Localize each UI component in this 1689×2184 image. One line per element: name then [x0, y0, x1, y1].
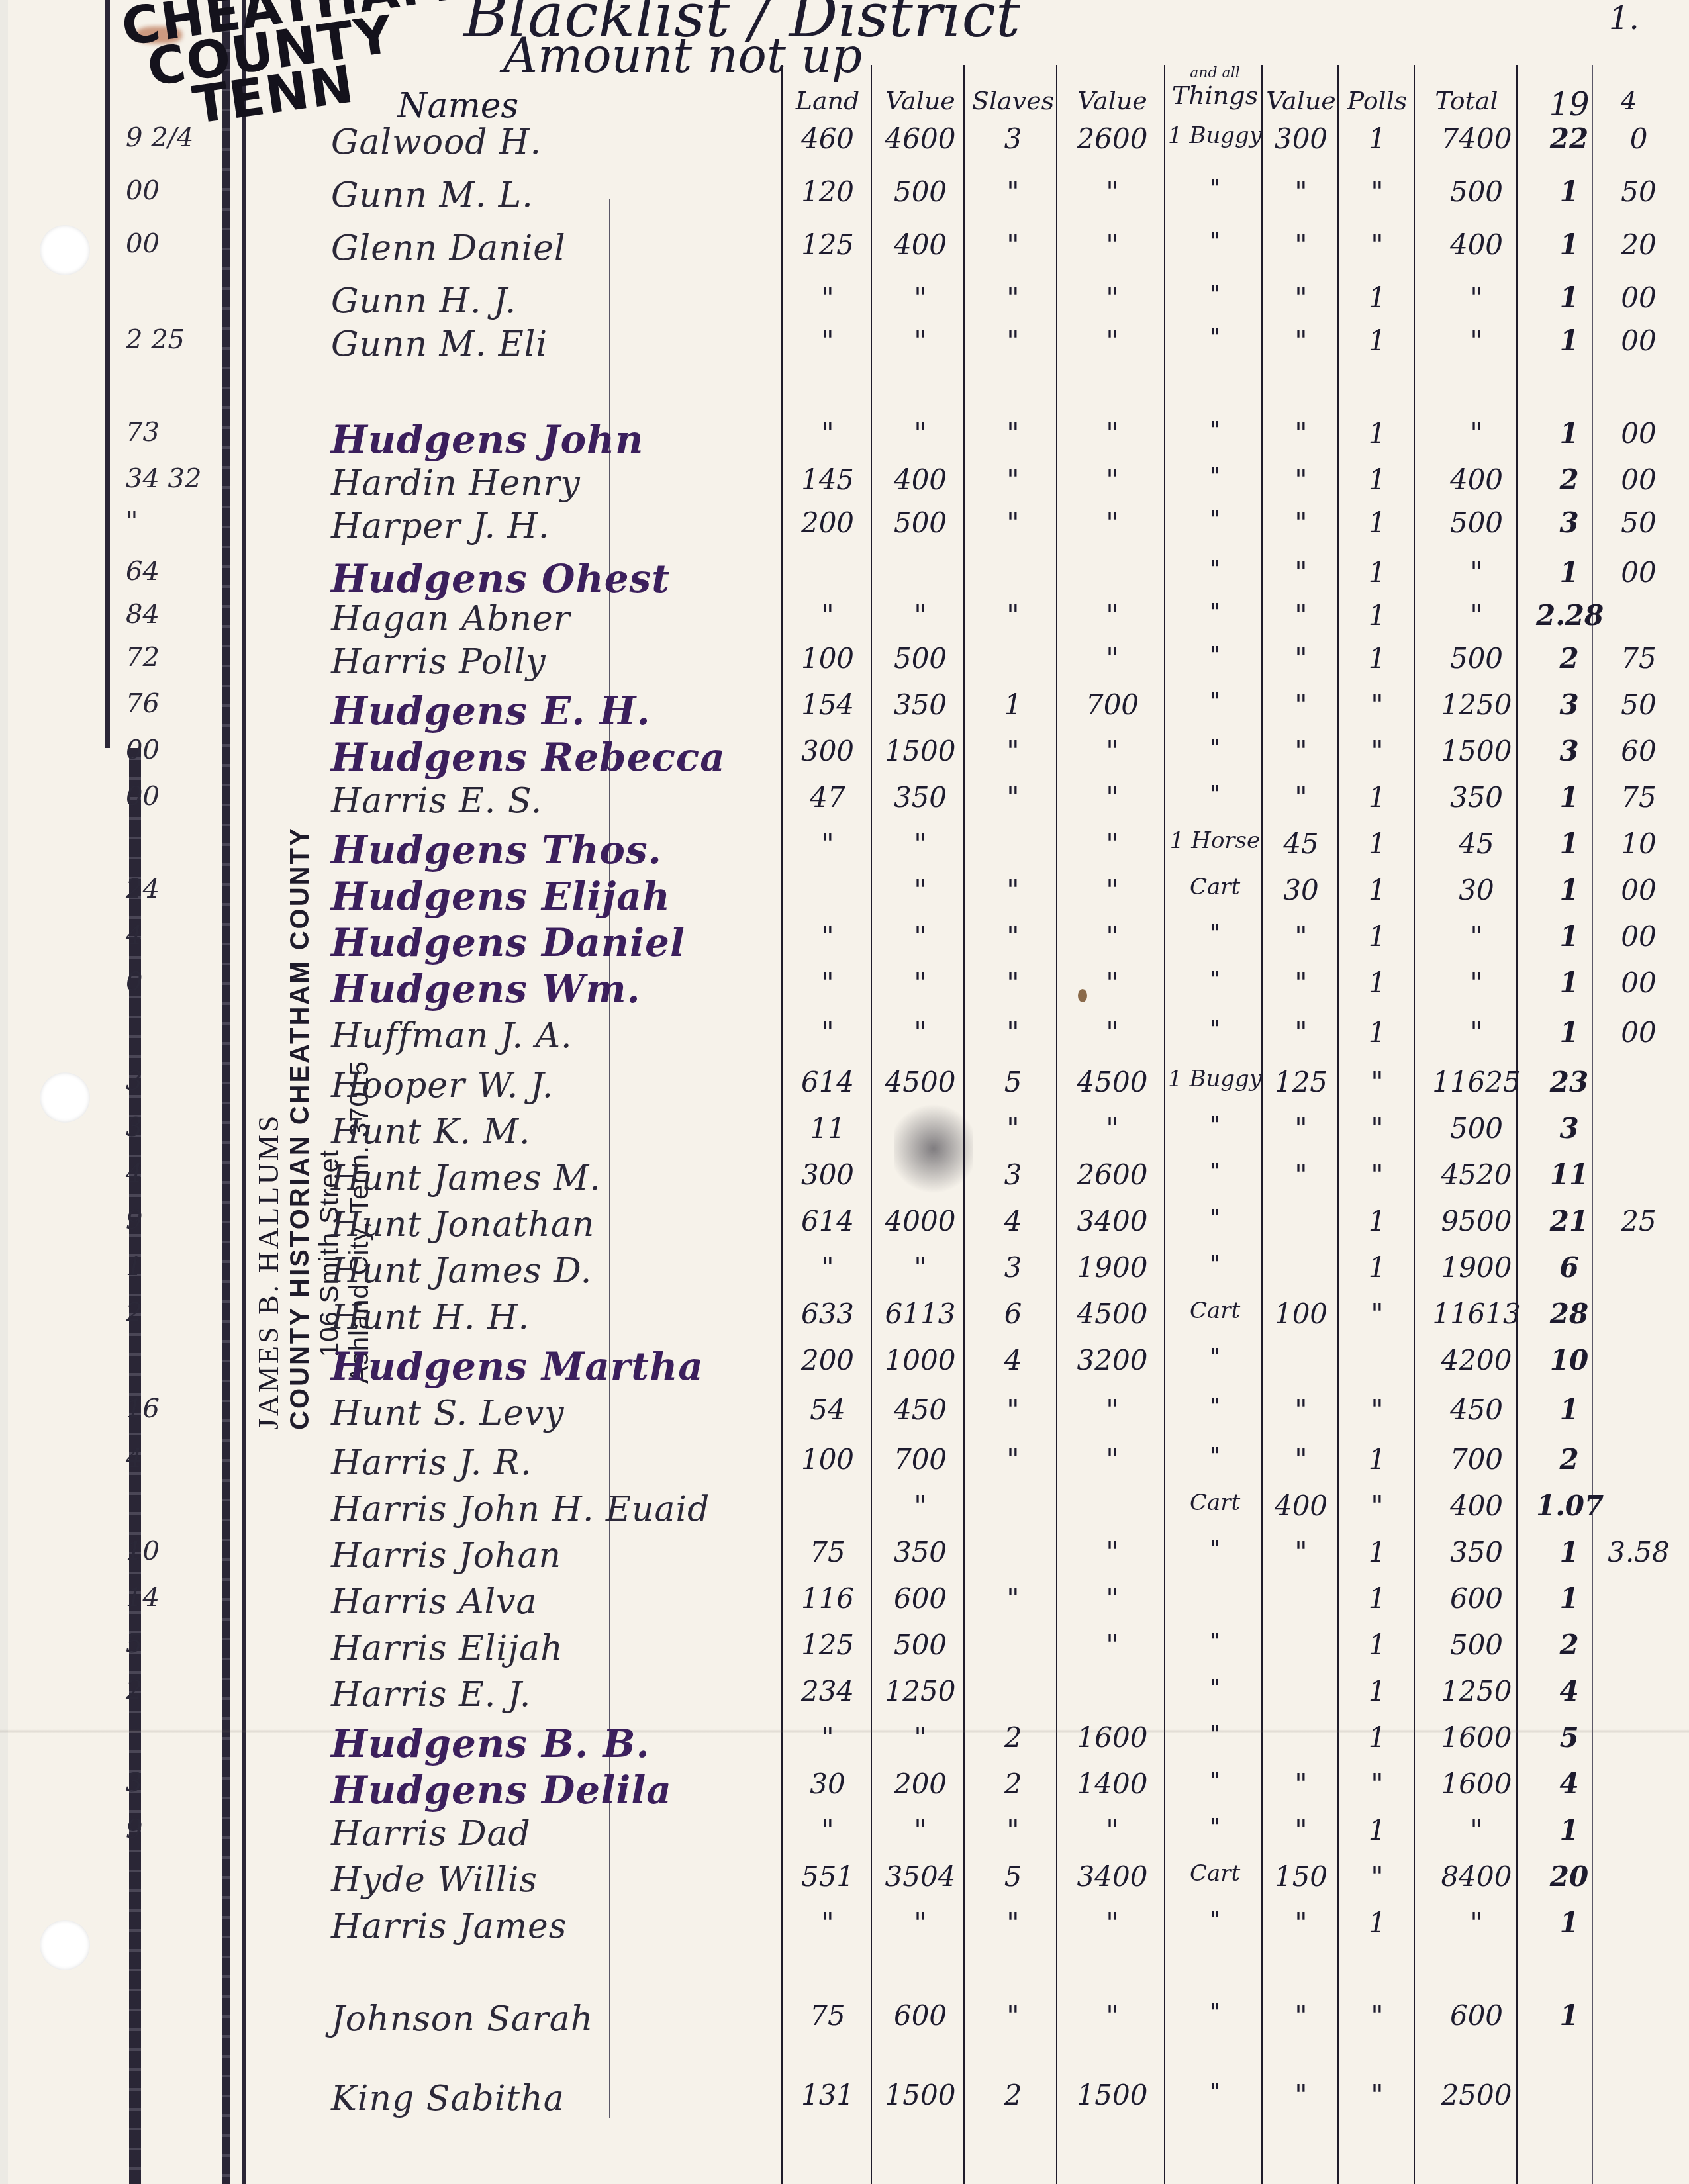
cell-land: ": [781, 1721, 874, 1754]
taxpayer-name: Glenn Daniel: [331, 228, 566, 268]
cell-extra: 60: [1602, 735, 1675, 767]
cell-land: 100: [781, 642, 874, 675]
table-row: 73 Hudgens John " " " " " " 1 " 1 00: [0, 417, 1689, 457]
column-header-extra: 4: [1602, 86, 1655, 115]
cell-slave-value: 3200: [1059, 1344, 1165, 1376]
cell-tax: 28: [1536, 1298, 1602, 1330]
cell-tax: 1: [1536, 1814, 1602, 1846]
cell-slaves: ": [967, 735, 1059, 767]
cell-polls: 1: [1337, 417, 1417, 450]
margin-note: 2: [126, 1298, 142, 1328]
cell-polls: 1: [1337, 1629, 1417, 1661]
cell-land: 75: [781, 1999, 874, 2032]
cell-slave-value: ": [1059, 324, 1165, 357]
table-row: 0 Hudgens Wm. " " " " " " 1 " 1 00: [0, 967, 1689, 1006]
cell-land: 300: [781, 735, 874, 767]
cell-slave-value: 3400: [1059, 1205, 1165, 1237]
cell-slaves: 3: [967, 1159, 1059, 1191]
cell-value: ": [874, 281, 967, 314]
cell-total: 600: [1417, 1582, 1536, 1615]
table-row: 00 Gunn M. L. 120 500 " " " " " 500 1 50: [0, 175, 1689, 215]
cell-value: 350: [874, 781, 967, 814]
table-row: 64 Hudgens Ohest " " 1 " 1 00: [0, 556, 1689, 596]
cell-land: 460: [781, 122, 874, 155]
cell-slave-value: 1900: [1059, 1251, 1165, 1284]
cell-total: 1600: [1417, 1768, 1536, 1800]
cell-polls: 1: [1337, 1907, 1417, 1939]
cell-value: 600: [874, 1582, 967, 1615]
cell-slave-value: ": [1059, 1629, 1165, 1661]
cell-extra: 00: [1602, 281, 1675, 314]
cell-horses: ": [1165, 506, 1265, 533]
cell-value: ": [874, 1251, 967, 1284]
cell-horses: 1 Horse: [1165, 828, 1265, 854]
cell-horses: ": [1165, 1344, 1265, 1370]
cell-horses: Cart: [1165, 1860, 1265, 1887]
column-header-names: Names: [397, 86, 518, 126]
table-row: " Harper J. H. 200 500 " " " " 1 500 3 5…: [0, 506, 1689, 546]
cell-horses: ": [1165, 324, 1265, 351]
cell-horse-value: ": [1265, 1814, 1337, 1846]
cell-value: 4600: [874, 122, 967, 155]
cell-horses: ": [1165, 1016, 1265, 1043]
taxpayer-name: Hudgens Martha: [331, 1344, 704, 1389]
cell-total: 350: [1417, 781, 1536, 814]
cell-tax: 1: [1536, 1999, 1602, 2032]
taxpayer-name: Hunt James D.: [331, 1251, 592, 1291]
cell-land: 75: [781, 1536, 874, 1568]
margin-note: 9 2/4: [126, 122, 194, 153]
cell-tax: 1: [1536, 1582, 1602, 1615]
cell-slave-value: ": [1059, 1582, 1165, 1615]
cell-slave-value: ": [1059, 642, 1165, 675]
cell-polls: ": [1337, 1768, 1417, 1800]
cell-value: ": [874, 599, 967, 632]
cell-tax: 20: [1536, 1860, 1602, 1893]
cell-slaves: 2: [967, 2079, 1059, 2111]
cell-total: ": [1417, 1814, 1536, 1846]
cell-horse-value: ": [1265, 417, 1337, 450]
cell-horses: ": [1165, 781, 1265, 808]
cell-slaves: 2: [967, 1768, 1059, 1800]
cell-horse-value: ": [1265, 463, 1337, 496]
column-header-horses-note: and all: [1165, 66, 1265, 81]
cell-polls: 1: [1337, 920, 1417, 953]
cell-extra: 00: [1602, 920, 1675, 953]
cell-total: 4520: [1417, 1159, 1536, 1191]
cell-slaves: ": [967, 1999, 1059, 2032]
cell-polls: ": [1337, 735, 1417, 767]
cell-slaves: ": [967, 1582, 1059, 1615]
cell-total: 11613: [1417, 1298, 1536, 1330]
margin-note: 34 32: [126, 463, 202, 494]
table-row: 2 Hunt H. H. 633 6113 6 4500 Cart 100 " …: [0, 1298, 1689, 1337]
cell-tax: 1: [1536, 417, 1602, 450]
cell-polls: 1: [1337, 874, 1417, 906]
cell-total: 700: [1417, 1443, 1536, 1476]
cell-horses: 1 Buggy: [1165, 122, 1265, 149]
taxpayer-name: Hudgens John: [331, 417, 644, 462]
cell-slaves: ": [967, 281, 1059, 314]
taxpayer-name: Hyde Willis: [331, 1860, 538, 1900]
column-header-horses-label: Things: [1172, 81, 1258, 110]
cell-value: ": [874, 874, 967, 906]
table-row: 76 Hudgens E. H. 154 350 1 700 " " " 125…: [0, 688, 1689, 728]
cell-tax: 22: [1536, 122, 1602, 155]
cell-land: 47: [781, 781, 874, 814]
cell-tax: 3: [1536, 688, 1602, 721]
table-row: Hudgens Martha 200 1000 4 3200 " 4200 10: [0, 1344, 1689, 1384]
cell-total: ": [1417, 1016, 1536, 1049]
cell-tax: 1: [1536, 874, 1602, 906]
margin-note: 73: [126, 417, 160, 448]
taxpayer-name: Hudgens E. H.: [331, 688, 651, 734]
cell-polls: 1: [1337, 967, 1417, 999]
cell-extra: 50: [1602, 506, 1675, 539]
cell-horses: ": [1165, 228, 1265, 255]
cell-land: ": [781, 1907, 874, 1939]
taxpayer-name: Hudgens Ohest: [331, 556, 670, 601]
table-row: 9 Harris Dad " " " " " " 1 " 1: [0, 1814, 1689, 1854]
cell-land: 116: [781, 1582, 874, 1615]
cell-value: ": [874, 1907, 967, 1939]
cell-tax: 21: [1536, 1205, 1602, 1237]
table-row: Gunn H. J. " " " " " " 1 " 1 00: [0, 281, 1689, 321]
cell-value: ": [874, 920, 967, 953]
page-number: 1.: [1609, 0, 1639, 37]
cell-land: ": [781, 1814, 874, 1846]
cell-horses: ": [1165, 1768, 1265, 1794]
margin-note: 3: [126, 1066, 142, 1096]
cell-slave-value: 1400: [1059, 1768, 1165, 1800]
cell-slave-value: ": [1059, 1016, 1165, 1049]
cell-extra: 3.58: [1602, 1536, 1675, 1568]
taxpayer-name: King Sabitha: [331, 2079, 565, 2118]
cell-tax: 11: [1536, 1159, 1602, 1191]
cell-total: ": [1417, 324, 1536, 357]
cell-tax: 2: [1536, 463, 1602, 496]
taxpayer-name: Gunn M. L.: [331, 175, 534, 215]
cell-total: 1500: [1417, 735, 1536, 767]
cell-polls: 1: [1337, 599, 1417, 632]
cell-horse-value: ": [1265, 1112, 1337, 1145]
cell-tax: 10: [1536, 1344, 1602, 1376]
cell-tax: 3: [1536, 506, 1602, 539]
cell-value: 1250: [874, 1675, 967, 1707]
cell-horses: ": [1165, 1629, 1265, 1655]
cell-extra: 00: [1602, 967, 1675, 999]
cell-tax: 1: [1536, 1536, 1602, 1568]
taxpayer-name: Hudgens Rebecca: [331, 735, 726, 780]
cell-land: 120: [781, 175, 874, 208]
taxpayer-name: Hudgens Daniel: [331, 920, 685, 965]
taxpayer-name: Hudgens Delila: [331, 1768, 672, 1813]
cell-tax: 3: [1536, 1112, 1602, 1145]
cell-extra: 00: [1602, 417, 1675, 450]
cell-value: 3504: [874, 1860, 967, 1893]
cell-slaves: ": [967, 781, 1059, 814]
cell-total: 9500: [1417, 1205, 1536, 1237]
table-row: 4 Hudgens Daniel " " " " " " 1 " 1 00: [0, 920, 1689, 960]
cell-total: ": [1417, 920, 1536, 953]
margin-note: 4: [126, 1159, 142, 1189]
table-row: Harris John H. Euaid " Cart 400 " 400 1.…: [0, 1490, 1689, 1529]
cell-total: 7400: [1417, 122, 1536, 155]
table-row: 24 Hudgens Elijah " " " Cart 30 1 30 1 0…: [0, 874, 1689, 914]
margin-note: 00: [126, 781, 160, 812]
margin-note: 64: [126, 556, 160, 587]
margin-note: 14: [126, 1582, 160, 1613]
cell-horse-value: ": [1265, 781, 1337, 814]
cell-land: ": [781, 417, 874, 450]
cell-extra: 10: [1602, 828, 1675, 860]
table-row: 3 Hunt K. M. 11 " " " " " 500 3: [0, 1112, 1689, 1152]
cell-slave-value: 2600: [1059, 1159, 1165, 1191]
cell-tax: 1.07: [1536, 1490, 1602, 1522]
cell-slaves: 3: [967, 122, 1059, 155]
taxpayer-name: Hooper W. J.: [331, 1066, 554, 1106]
cell-horse-value: ": [1265, 324, 1337, 357]
table-row: 3 Hooper W. J. 614 4500 5 4500 1 Buggy 1…: [0, 1066, 1689, 1106]
taxpayer-name: Harris John H. Euaid: [331, 1490, 710, 1529]
cell-value: ": [874, 417, 967, 450]
taxpayer-name: Hagan Abner: [331, 599, 571, 639]
cell-horses: ": [1165, 556, 1265, 583]
cell-horse-value: ": [1265, 506, 1337, 539]
cell-total: 350: [1417, 1536, 1536, 1568]
margin-note: 3: [126, 1768, 142, 1798]
cell-tax: 23: [1536, 1066, 1602, 1098]
cell-total: 500: [1417, 506, 1536, 539]
cell-slave-value: ": [1059, 1443, 1165, 1476]
cell-slave-value: ": [1059, 1112, 1165, 1145]
cell-tax: 1: [1536, 281, 1602, 314]
cell-value: 450: [874, 1394, 967, 1426]
cell-slaves: 4: [967, 1344, 1059, 1376]
cell-slave-value: ": [1059, 920, 1165, 953]
cell-value: 600: [874, 1999, 967, 2032]
cell-horses: ": [1165, 1159, 1265, 1185]
taxpayer-name: Harris Elijah: [331, 1629, 563, 1668]
cell-slaves: ": [967, 1112, 1059, 1145]
cell-slaves: ": [967, 599, 1059, 632]
cell-total: 2500: [1417, 2079, 1536, 2111]
cell-extra: 50: [1602, 688, 1675, 721]
cell-horse-value: ": [1265, 1443, 1337, 1476]
column-header-tax: 19: [1543, 86, 1596, 123]
cell-total: ": [1417, 556, 1536, 589]
table-row: 4 Harris J. R. 100 700 " " " " 1 700 2: [0, 1443, 1689, 1483]
cell-polls: ": [1337, 1112, 1417, 1145]
cell-value: 500: [874, 506, 967, 539]
cell-slaves: ": [967, 175, 1059, 208]
cell-polls: 1: [1337, 828, 1417, 860]
margin-note: ": [126, 506, 138, 537]
cell-land: 100: [781, 1443, 874, 1476]
cell-total: 500: [1417, 1629, 1536, 1661]
cell-total: ": [1417, 1907, 1536, 1939]
cell-value: 700: [874, 1443, 967, 1476]
cell-extra: 00: [1602, 874, 1675, 906]
taxpayer-name: Harris Johan: [331, 1536, 561, 1576]
cell-horse-value: ": [1265, 281, 1337, 314]
cell-slave-value: 4500: [1059, 1298, 1165, 1330]
cell-horses: ": [1165, 735, 1265, 761]
taxpayer-name: Hudgens B. B.: [331, 1721, 650, 1766]
margin-note: 84: [126, 599, 160, 630]
cell-polls: 1: [1337, 1536, 1417, 1568]
cell-land: ": [781, 599, 874, 632]
cell-polls: ": [1337, 1298, 1417, 1330]
cell-horses: ": [1165, 599, 1265, 626]
cell-total: 8400: [1417, 1860, 1536, 1893]
cell-tax: 1: [1536, 828, 1602, 860]
cell-horse-value: ": [1265, 1536, 1337, 1568]
cell-value: 6113: [874, 1298, 967, 1330]
taxpayer-name: Hudgens Thos.: [331, 828, 662, 873]
cell-horse-value: ": [1265, 735, 1337, 767]
cell-value: 500: [874, 642, 967, 675]
cell-polls: 1: [1337, 281, 1417, 314]
cell-extra: 50: [1602, 175, 1675, 208]
cell-tax: 1: [1536, 1907, 1602, 1939]
cell-polls: 1: [1337, 1582, 1417, 1615]
cell-total: ": [1417, 599, 1536, 632]
cell-horses: Cart: [1165, 1298, 1265, 1324]
cell-slave-value: 3400: [1059, 1860, 1165, 1893]
taxpayer-name: Harris Alva: [331, 1582, 537, 1622]
margin-note: 2 25: [126, 324, 185, 355]
cell-slave-value: ": [1059, 1999, 1165, 2032]
cell-total: 500: [1417, 175, 1536, 208]
taxpayer-name: Harris J. R.: [331, 1443, 532, 1483]
table-row: 10 Harris Johan 75 350 " " " 1 350 1 3.5…: [0, 1536, 1689, 1576]
margin-note: 5: [126, 1629, 142, 1659]
cell-horse-value: ": [1265, 688, 1337, 721]
cell-land: ": [781, 281, 874, 314]
cell-horses: ": [1165, 1394, 1265, 1420]
margin-note: 24: [126, 874, 160, 904]
column-header-value: Value: [874, 86, 967, 115]
margin-note: 4: [126, 1443, 142, 1474]
cell-horse-value: 45: [1265, 828, 1337, 860]
table-row: 1 Hunt James D. " " 3 1900 " 1 1900 6: [0, 1251, 1689, 1291]
cell-slave-value: ": [1059, 281, 1165, 314]
cell-horse-value: 150: [1265, 1860, 1337, 1893]
cell-polls: ": [1337, 2079, 1417, 2111]
cell-slaves: ": [967, 1907, 1059, 1939]
cell-horses: 1 Buggy: [1165, 1066, 1265, 1092]
cell-land: 125: [781, 228, 874, 261]
cell-slaves: ": [967, 1443, 1059, 1476]
cell-value: 1000: [874, 1344, 967, 1376]
cell-horses: ": [1165, 688, 1265, 715]
cell-polls: ": [1337, 228, 1417, 261]
cell-horse-value: ": [1265, 1768, 1337, 1800]
cell-horses: ": [1165, 175, 1265, 202]
cell-polls: ": [1337, 1999, 1417, 2032]
table-row: 16 Hunt S. Levy 54 450 " " " " " 450 1: [0, 1394, 1689, 1433]
table-row: 5 Harris Elijah 125 500 " " 1 500 2: [0, 1629, 1689, 1668]
cell-slave-value: ": [1059, 781, 1165, 814]
cell-polls: 1: [1337, 1814, 1417, 1846]
cell-land: 551: [781, 1860, 874, 1893]
cell-land: ": [781, 324, 874, 357]
cell-horse-value: ": [1265, 1907, 1337, 1939]
cell-value: ": [874, 1721, 967, 1754]
cell-land: 614: [781, 1066, 874, 1098]
cell-horse-value: 125: [1265, 1066, 1337, 1098]
cell-extra: 75: [1602, 781, 1675, 814]
cell-extra: 00: [1602, 324, 1675, 357]
column-header-horses: and all Things: [1165, 66, 1265, 110]
taxpayer-name: Harris Polly: [331, 642, 546, 682]
table-row: 14 Harris Alva 116 600 " " 1 600 1: [0, 1582, 1689, 1622]
cell-total: 45: [1417, 828, 1536, 860]
column-header-slave-value: Value: [1059, 86, 1165, 115]
margin-note: 0: [126, 967, 142, 997]
cell-land: 131: [781, 2079, 874, 2111]
cell-horses: ": [1165, 1205, 1265, 1231]
cell-slaves: ": [967, 1394, 1059, 1426]
cell-slave-value: ": [1059, 506, 1165, 539]
cell-slave-value: ": [1059, 1536, 1165, 1568]
cell-horse-value: ": [1265, 556, 1337, 589]
table-row: 00 Harris E. S. 47 350 " " " " 1 350 1 7…: [0, 781, 1689, 821]
cell-total: 4200: [1417, 1344, 1536, 1376]
cell-slave-value: ": [1059, 599, 1165, 632]
taxpayer-name: Galwood H.: [331, 122, 542, 162]
cell-polls: ": [1337, 1860, 1417, 1893]
cell-horse-value: 300: [1265, 122, 1337, 155]
cell-polls: ": [1337, 688, 1417, 721]
cell-slave-value: ": [1059, 828, 1165, 860]
margin-note: 2: [126, 1675, 142, 1705]
cell-polls: 1: [1337, 122, 1417, 155]
cell-horse-value: ": [1265, 1999, 1337, 2032]
cell-horses: ": [1165, 1721, 1265, 1748]
table-row: 72 Harris Polly 100 500 " " " 1 500 2 75: [0, 642, 1689, 682]
cell-polls: 1: [1337, 506, 1417, 539]
cell-polls: 1: [1337, 781, 1417, 814]
cell-polls: 1: [1337, 556, 1417, 589]
table-row: 3 Hudgens Delila 30 200 2 1400 " " " 160…: [0, 1768, 1689, 1807]
cell-total: 1250: [1417, 1675, 1536, 1707]
cell-total: 450: [1417, 1394, 1536, 1426]
cell-horse-value: ": [1265, 642, 1337, 675]
cell-slave-value: 2600: [1059, 122, 1165, 155]
cell-horses: ": [1165, 1536, 1265, 1562]
cell-horses: ": [1165, 1443, 1265, 1470]
taxpayer-name: Hunt K. M.: [331, 1112, 530, 1152]
cell-horse-value: ": [1265, 2079, 1337, 2111]
cell-tax: 5: [1536, 1721, 1602, 1754]
margin-note: 9: [126, 1205, 142, 1235]
cell-horses: ": [1165, 417, 1265, 444]
table-row: King Sabitha 131 1500 2 1500 " " " 2500: [0, 2079, 1689, 2118]
cell-polls: 1: [1337, 1016, 1417, 1049]
cell-value: ": [874, 1490, 967, 1522]
cell-polls: 1: [1337, 1251, 1417, 1284]
margin-note: 16: [126, 1394, 160, 1424]
cell-tax: 6: [1536, 1251, 1602, 1284]
cell-slaves: ": [967, 506, 1059, 539]
cell-slave-value: ": [1059, 175, 1165, 208]
taxpayer-name: Johnson Sarah: [331, 1999, 593, 2039]
cell-total: 500: [1417, 642, 1536, 675]
taxpayer-name: Harper J. H.: [331, 506, 550, 546]
cell-horse-value: ": [1265, 920, 1337, 953]
